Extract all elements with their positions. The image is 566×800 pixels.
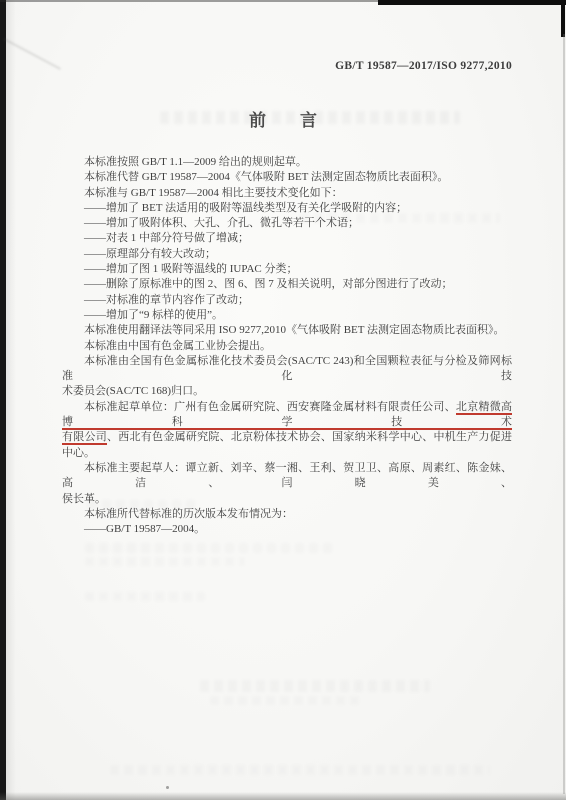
text-line: 侯长革。 bbox=[62, 492, 512, 507]
bleed-through-artifact bbox=[85, 592, 205, 601]
text-segment: ——GB/T 19587—2004。 bbox=[84, 523, 205, 535]
red-underlined-org-name: 有限公司 bbox=[62, 431, 107, 445]
bleed-through-artifact bbox=[110, 765, 490, 775]
scan-edge-right bbox=[563, 34, 565, 794]
paper-speck bbox=[166, 786, 169, 789]
text-line: ——GB/T 19587—2004。 bbox=[62, 522, 512, 537]
text-segment: ——对表 1 中部分符号做了增减； bbox=[84, 232, 249, 244]
text-segment: 、西北有色金属研究院、北京粉体技术协会、国家纳米科学中心、中机生产力促进中心。 bbox=[62, 431, 512, 458]
text-segment: 本标准代替 GB/T 19587—2004《气体吸附 BET 法测定固态物质比表… bbox=[84, 171, 448, 183]
text-line: 本标准主要起草人：谭立新、刘辛、蔡一湘、王利、贺卫卫、高原、周素红、陈金妹、高洁… bbox=[62, 461, 512, 492]
text-line: 有限公司、西北有色金属研究院、北京粉体技术协会、国家纳米科学中心、中机生产力促进… bbox=[62, 430, 512, 461]
text-segment: 本标准与 GB/T 19587—2004 相比主要技术变化如下： bbox=[84, 187, 343, 199]
bleed-through-artifact bbox=[210, 696, 360, 705]
scanned-standard-page: { "page": { "header": "GB/T 19587—2017/I… bbox=[0, 0, 566, 800]
scan-edge-top-right bbox=[378, 0, 566, 5]
text-segment: ——增加了吸附体积、大孔、介孔、微孔等若干个术语； bbox=[84, 217, 359, 229]
text-segment: 本标准由全国有色金属标准化技术委员会(SAC/TC 243)和全国颗粒表征与分检… bbox=[62, 355, 512, 382]
text-line: ——增加了 BET 法适用的吸附等温线类型及有关化学吸附的内容； bbox=[62, 201, 512, 216]
text-segment: 本标准所代替标准的历次版本发布情况为： bbox=[84, 508, 293, 520]
text-line: 本标准由中国有色金属工业协会提出。 bbox=[62, 339, 512, 354]
bleed-through-artifact bbox=[85, 557, 245, 566]
document-body: 本标准按照 GB/T 1.1—2009 给出的规则起草。本标准代替 GB/T 1… bbox=[62, 155, 512, 537]
text-segment: 侯长革。 bbox=[62, 493, 106, 505]
text-segment: ——增加了“9 标样的使用”。 bbox=[84, 309, 223, 321]
text-line: 本标准所代替标准的历次版本发布情况为： bbox=[62, 507, 512, 522]
text-line: ——删除了原标准中的图 2、图 6、图 7 及相关说明，对部分图进行了改动； bbox=[62, 277, 512, 292]
text-line: 本标准使用翻译法等同采用 ISO 9277,2010《气体吸附 BET 法测定固… bbox=[62, 323, 512, 338]
text-line: ——对标准的章节内容作了改动； bbox=[62, 293, 512, 308]
text-segment: 本标准主要起草人：谭立新、刘辛、蔡一湘、王利、贺卫卫、高原、周素红、陈金妹、高洁… bbox=[62, 462, 512, 489]
text-segment: 本标准使用翻译法等同采用 ISO 9277,2010《气体吸附 BET 法测定固… bbox=[84, 324, 505, 336]
text-segment: ——增加了图 1 吸附等温线的 IUPAC 分类； bbox=[84, 263, 298, 275]
standard-number-header: GB/T 19587—2017/ISO 9277,2010 bbox=[335, 60, 512, 72]
text-line: ——增加了吸附体积、大孔、介孔、微孔等若干个术语； bbox=[62, 216, 512, 231]
text-line: 本标准按照 GB/T 1.1—2009 给出的规则起草。 bbox=[62, 155, 512, 170]
text-segment: 本标准起草单位：广州有色金属研究院、西安赛隆金属材料有限责任公司、 bbox=[84, 401, 456, 413]
text-segment: 本标准由中国有色金属工业协会提出。 bbox=[84, 340, 271, 352]
bleed-through-artifact bbox=[200, 680, 430, 692]
text-line: 本标准与 GB/T 19587—2004 相比主要技术变化如下： bbox=[62, 186, 512, 201]
scan-edge-bottom bbox=[0, 792, 566, 800]
text-segment: ——原理部分有较大改动； bbox=[84, 248, 216, 260]
document-lines: 本标准按照 GB/T 1.1—2009 给出的规则起草。本标准代替 GB/T 1… bbox=[62, 155, 512, 537]
scan-edge-corner-bar bbox=[561, 0, 565, 37]
page-title: 前 言 bbox=[0, 106, 566, 131]
text-line: ——增加了“9 标样的使用”。 bbox=[62, 308, 512, 323]
text-line: 本标准起草单位：广州有色金属研究院、西安赛隆金属材料有限责任公司、北京精微高博科… bbox=[62, 400, 512, 431]
text-segment: ——对标准的章节内容作了改动； bbox=[84, 294, 249, 306]
text-line: 本标准由全国有色金属标准化技术委员会(SAC/TC 243)和全国颗粒表征与分检… bbox=[62, 354, 512, 385]
text-line: ——原理部分有较大改动； bbox=[62, 247, 512, 262]
text-segment: ——增加了 BET 法适用的吸附等温线类型及有关化学吸附的内容； bbox=[84, 202, 407, 214]
text-line: 术委员会(SAC/TC 168)归口。 bbox=[62, 384, 512, 399]
text-segment: ——删除了原标准中的图 2、图 6、图 7 及相关说明，对部分图进行了改动； bbox=[84, 278, 453, 290]
bleed-through-artifact bbox=[85, 543, 335, 553]
text-segment: 术委员会(SAC/TC 168)归口。 bbox=[62, 385, 204, 397]
text-line: 本标准代替 GB/T 19587—2004《气体吸附 BET 法测定固态物质比表… bbox=[62, 170, 512, 185]
text-segment: 本标准按照 GB/T 1.1—2009 给出的规则起草。 bbox=[84, 156, 307, 168]
text-line: ——对表 1 中部分符号做了增减； bbox=[62, 231, 512, 246]
text-line: ——增加了图 1 吸附等温线的 IUPAC 分类； bbox=[62, 262, 512, 277]
